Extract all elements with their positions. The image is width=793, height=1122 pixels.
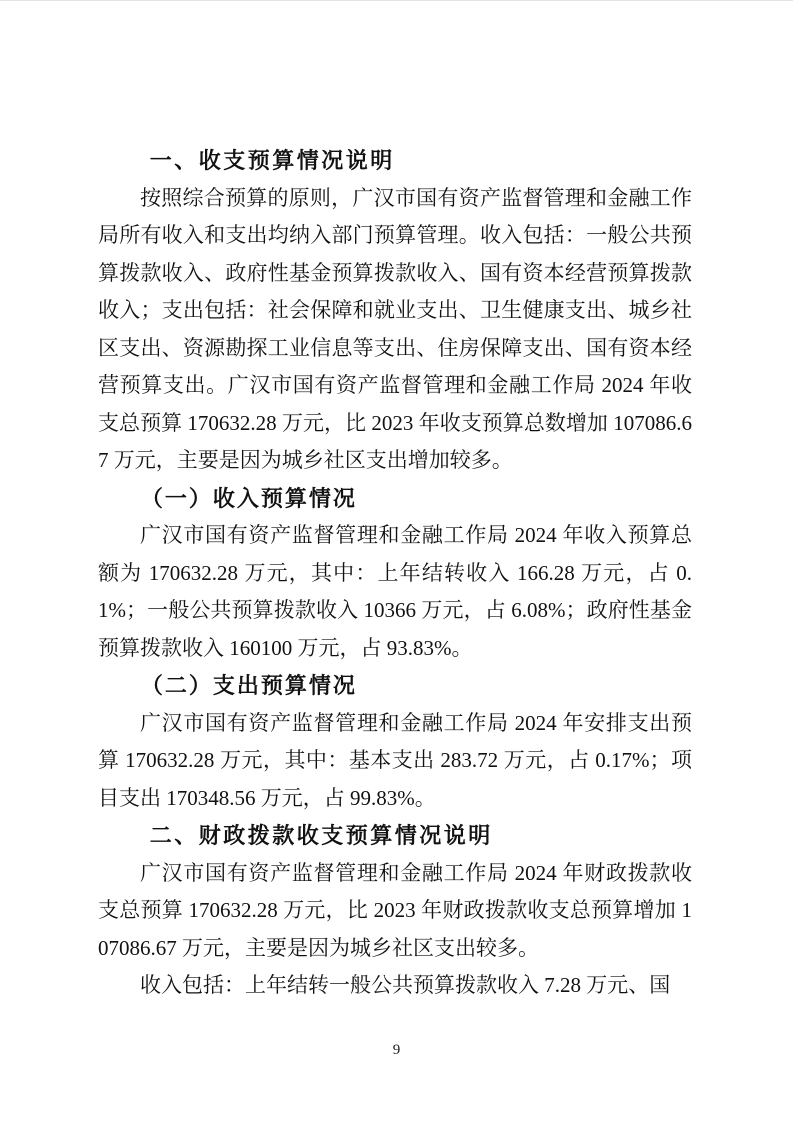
paragraph-expenditure-budget: 广汉市国有资产监督管理和金融工作局 2024 年安排支出预算 170632.28… <box>98 705 692 818</box>
paragraph-income-budget: 广汉市国有资产监督管理和金融工作局 2024 年收入预算总额为 170632.2… <box>98 517 692 667</box>
section-heading-fiscal-appropriation-budget: 二、财政拨款收支预算情况说明 <box>98 817 692 855</box>
document-page: 一、收支预算情况说明 按照综合预算的原则，广汉市国有资产监督管理和金融工作局所有… <box>0 0 793 1122</box>
paragraph-fiscal-appropriation-total: 广汉市国有资产监督管理和金融工作局 2024 年财政拨款收支总预算 170632… <box>98 855 692 968</box>
section-heading-income-expenditure-budget: 一、收支预算情况说明 <box>98 142 692 180</box>
subsection-heading-expenditure-budget: （二）支出预算情况 <box>98 667 692 705</box>
document-content: 一、收支预算情况说明 按照综合预算的原则，广汉市国有资产监督管理和金融工作局所有… <box>98 142 692 1005</box>
paragraph-income-includes: 收入包括：上年结转一般公共预算拨款收入 7.28 万元、国 <box>98 967 692 1005</box>
paragraph-overall-budget: 按照综合预算的原则，广汉市国有资产监督管理和金融工作局所有收入和支出均纳入部门预… <box>98 180 692 480</box>
page-number: 9 <box>0 1039 793 1061</box>
subsection-heading-income-budget: （一）收入预算情况 <box>98 480 692 518</box>
